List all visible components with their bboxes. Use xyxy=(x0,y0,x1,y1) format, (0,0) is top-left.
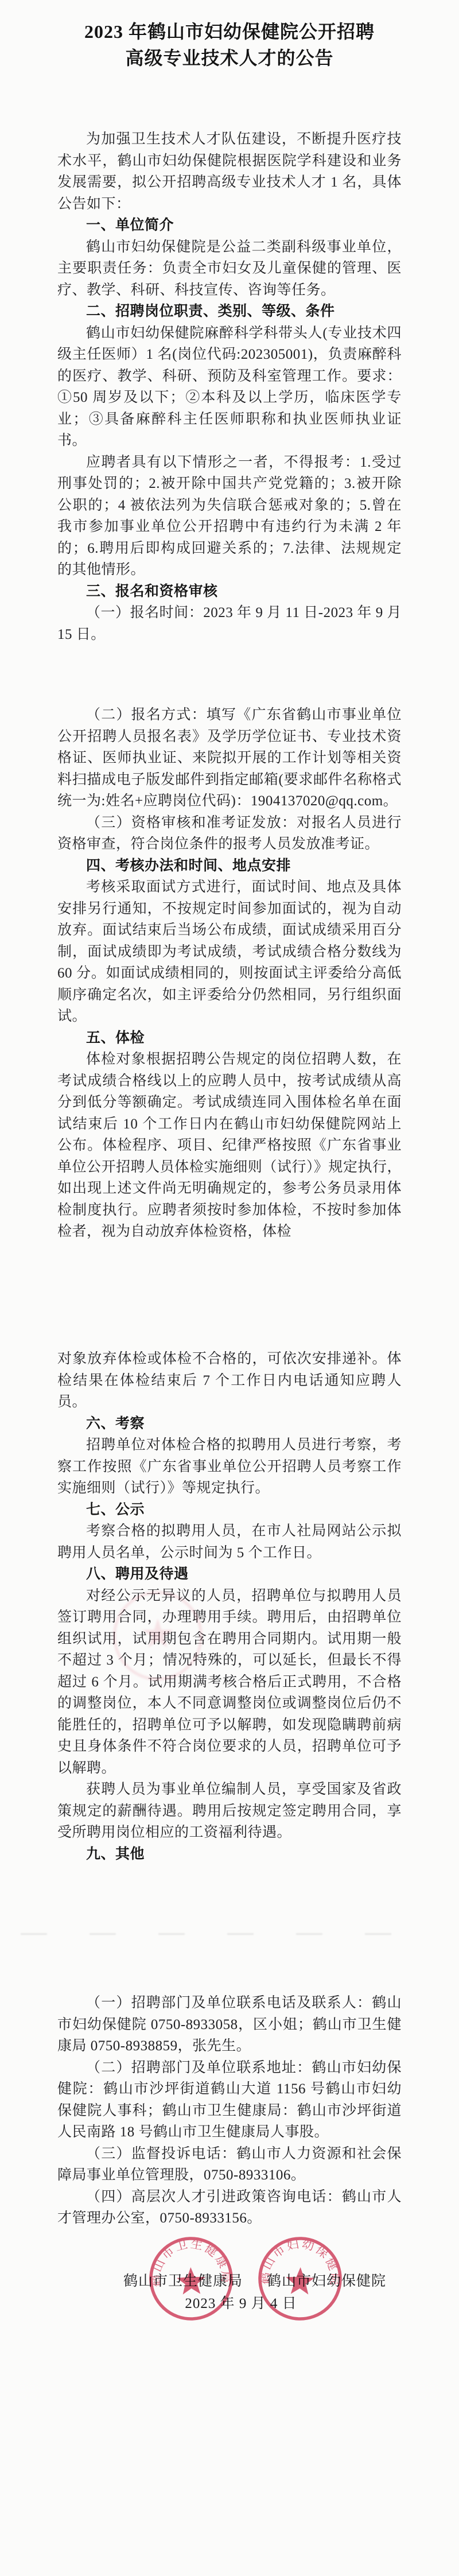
stamp-star-icon xyxy=(285,2267,314,2295)
stamp-health-bureau: 鹤山市卫生健康局 xyxy=(145,2232,237,2325)
section-heading: 三、报名和资格审核 xyxy=(57,581,402,603)
stamp-bleed-star-icon: ★ xyxy=(140,1611,176,1658)
page-1-body: 为加强卫生技术人才队伍建设，不断提升医疗技术水平，鹤山市妇幼保健院根据医院学科建… xyxy=(57,129,402,644)
stamp-mch-hospital: 鹤山市妇幼保健院 xyxy=(254,2232,346,2325)
paragraph: 鹤山市妇幼保健院麻醉科学科带头人(专业技术四级主任医师）1 名(岗位代码:202… xyxy=(57,323,402,452)
stamp-bleed-through: ★ xyxy=(113,1591,203,1681)
section-heading: 四、考核办法和时间、地点安排 xyxy=(57,855,402,877)
section-heading: 六、考察 xyxy=(57,1413,402,1435)
page-4: （一）招聘部门及单位联系电话及联系人：鹤山市妇幼保健院 0750-8933058… xyxy=(0,1932,459,2576)
page-2-body: （二）报名方式：填写《广东省鹤山市事业单位公开招聘人员报名表》及学历学位证书、专… xyxy=(57,704,402,1243)
paragraph: （三）监督投诉电话：鹤山市人力资源和社会保障局事业单位管理股，0750-8933… xyxy=(57,2143,402,2186)
paragraph: 考核采取面试方式进行，面试时间、地点及具体安排另行通知，不按规定时间参加面试的，… xyxy=(57,876,402,1027)
paragraph: （一）报名时间：2023 年 9 月 11 日-2023 年 9 月 15 日。 xyxy=(57,602,402,644)
doc-title-line-2: 高级专业技术人才的公告 xyxy=(57,45,402,71)
page-2: （二）报名方式：填写《广东省鹤山市事业单位公开招聘人员报名表》及学历学位证书、专… xyxy=(0,644,459,1288)
paragraph: （四）高层次人才引进政策咨询电话：鹤山市人才管理办公室，0750-8933156… xyxy=(57,2186,402,2229)
section-heading: 二、招聘岗位职责、类别、等级、条件 xyxy=(57,301,402,323)
page-1: 2023 年鹤山市妇幼保健院公开招聘 高级专业技术人才的公告 为加强卫生技术人才… xyxy=(0,0,459,644)
paragraph: （二）招聘部门及单位联系地址：鹤山市妇幼保健院：鹤山市沙坪街道鹤山大道 1156… xyxy=(57,2057,402,2143)
page-3-body: 对象放弃体检或体检不合格的，可依次安排递补。体检结果在体检结束后 7 个工作日内… xyxy=(57,1348,402,1865)
paragraph: 获聘人员为事业单位编制人员，享受国家及省政策规定的薪酬待遇。聘用后按规定签定聘用… xyxy=(57,1779,402,1844)
page-4-body: （一）招聘部门及单位联系电话及联系人：鹤山市妇幼保健院 0750-8933058… xyxy=(57,1992,402,2229)
document: 2023 年鹤山市妇幼保健院公开招聘 高级专业技术人才的公告 为加强卫生技术人才… xyxy=(0,0,459,2576)
paragraph: 应聘者具有以下情形之一者，不得报考：1.受过刑事处罚的；2.被开除中国共产党党籍… xyxy=(57,452,402,581)
stamp-star-icon xyxy=(177,2267,206,2295)
paragraph: 对经公示无异议的人员，招聘单位与拟聘用人员签订聘用合同，办理聘用手续。聘用后，由… xyxy=(57,1585,402,1779)
section-heading: 八、聘用及待遇 xyxy=(57,1564,402,1585)
paragraph: 体检对象根据招聘公告规定的岗位招聘人数，在考试成绩合格线以上的应聘人员中，按考试… xyxy=(57,1049,402,1243)
section-heading: 一、单位简介 xyxy=(57,215,402,236)
paragraph: 招聘单位对体检合格的拟聘用人员进行考察，考察工作按照《广东省事业单位公开招聘人员… xyxy=(57,1434,402,1499)
scan-artifact xyxy=(21,1933,426,1935)
page-3: ★ 对象放弃体检或体检不合格的，可依次安排递补。体检结果在体检结束后 7 个工作… xyxy=(0,1288,459,1932)
section-heading: 七、公示 xyxy=(57,1499,402,1521)
paragraph: 对象放弃体检或体检不合格的，可依次安排递补。体检结果在体检结束后 7 个工作日内… xyxy=(57,1348,402,1413)
section-heading: 五、体检 xyxy=(57,1027,402,1049)
paragraph: 为加强卫生技术人才队伍建设，不断提升医疗技术水平，鹤山市妇幼保健院根据医院学科建… xyxy=(57,129,402,215)
paragraph: （一）招聘部门及单位联系电话及联系人：鹤山市妇幼保健院 0750-8933058… xyxy=(57,1992,402,2057)
section-heading: 九、其他 xyxy=(57,1844,402,1865)
paragraph: （二）报名方式：填写《广东省鹤山市事业单位公开招聘人员报名表》及学历学位证书、专… xyxy=(57,704,402,812)
paragraph: 考察合格的拟聘用人员，在市人社局网站公示拟聘用人员名单，公示时间为 5 个工作日… xyxy=(57,1520,402,1564)
paragraph: 鹤山市妇幼保健院是公益二类副科级事业单位，主要职责任务：负责全市妇女及儿童保健的… xyxy=(57,236,402,301)
doc-title-line-1: 2023 年鹤山市妇幼保健院公开招聘 xyxy=(57,18,402,45)
doc-title: 2023 年鹤山市妇幼保健院公开招聘 高级专业技术人才的公告 xyxy=(57,18,402,71)
paragraph: （三）资格审核和准考证发放：对报名人员进行资格审查，符合岗位条件的报考人员发放准… xyxy=(57,812,402,855)
